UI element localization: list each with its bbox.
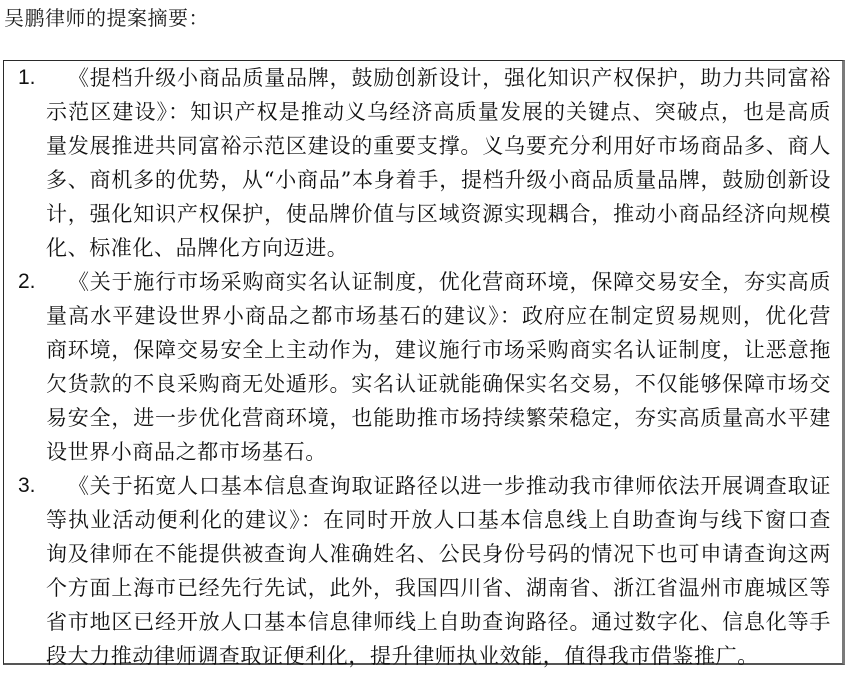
text-line: 《关于施行市场采购商实名认证制度，优化营商环境，保障交易安全，夯实高质 xyxy=(46,265,831,299)
proposal-number: 3. xyxy=(18,469,36,503)
proposal-summary-box: 1. 《提档升级小商品质量品牌，鼓励创新设计，强化知识产权保护，助力共同富裕 示… xyxy=(3,60,845,665)
text-line: 多、商机多的优势，从“小商品”本身着手，提档升级小商品质量品牌，鼓励创新设 xyxy=(46,163,831,197)
text-line: 化、标准化、品牌化方向迈进。 xyxy=(46,231,831,265)
text-line: 《关于拓宽人口基本信息查询取证路径以进一步推动我市律师依法开展调查取证 xyxy=(46,469,831,503)
proposal-text: 《关于施行市场采购商实名认证制度，优化营商环境，保障交易安全，夯实高质 量高水平… xyxy=(46,265,831,469)
text-line: 询及律师在不能提供被查询人准确姓名、公民身份号码的情况下也可申请查询这两 xyxy=(46,537,831,571)
text-line: 等执业活动便利化的建议》：在同时开放人口基本信息线上自助查询与线下窗口查 xyxy=(46,503,831,537)
text-line: 欠货款的不良采购商无处遁形。实名认证就能确保实名交易，不仅能够保障市场交 xyxy=(46,367,831,401)
text-line: 易安全，进一步优化营商环境，也能助推市场持续繁荣稳定，夯实高质量高水平建 xyxy=(46,401,831,435)
text-line: 设世界小商品之都市场基石。 xyxy=(46,435,831,469)
text-line: 个方面上海市已经先行先试，此外，我国四川省、湖南省、浙江省温州市鹿城区等 xyxy=(46,571,831,605)
proposal-number: 1. xyxy=(18,61,36,95)
text-line: 省市地区已经开放人口基本信息律师线上自助查询路径。通过数字化、信息化等手 xyxy=(46,605,831,639)
proposal-text: 《提档升级小商品质量品牌，鼓励创新设计，强化知识产权保护，助力共同富裕 示范区建… xyxy=(46,61,831,265)
proposal-text: 《关于拓宽人口基本信息查询取证路径以进一步推动我市律师依法开展调查取证 等执业活… xyxy=(46,469,831,673)
text-line: 段大力推动律师调查取证便利化，提升律师执业效能，值得我市借鉴推广。 xyxy=(46,639,831,673)
text-line: 《提档升级小商品质量品牌，鼓励创新设计，强化知识产权保护，助力共同富裕 xyxy=(46,61,831,95)
text-line: 商环境，保障交易安全上主动作为，建议施行市场采购商实名认证制度，让恶意拖 xyxy=(46,333,831,367)
proposal-number: 2. xyxy=(18,265,36,299)
text-line: 计，强化知识产权保护，使品牌价值与区域资源实现耦合，推动小商品经济向规模 xyxy=(46,197,831,231)
text-line: 量高水平建设世界小商品之都市场基石的建议》：政府应在制定贸易规则，优化营 xyxy=(46,299,831,333)
text-line: 量发展推进共同富裕示范区建设的重要支撑。义乌要充分利用好市场商品多、商人 xyxy=(46,129,831,163)
text-line: 示范区建设》：知识产权是推动义乌经济高质量发展的关键点、突破点，也是高质 xyxy=(46,95,831,129)
page-heading: 吴鹏律师的提案摘要： xyxy=(4,4,209,32)
